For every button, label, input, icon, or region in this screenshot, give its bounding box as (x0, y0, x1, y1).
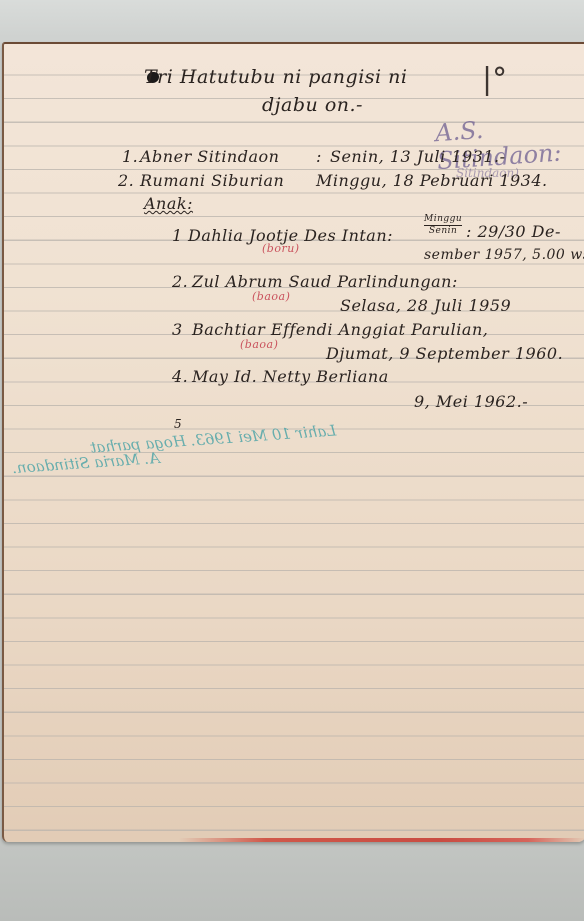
page-title-line1: Tri Hatutubu ni pangisi ni (144, 66, 407, 88)
child-name: Zul Abrum Saud Parlindungan: (192, 272, 458, 291)
child-index: 4. (172, 367, 188, 386)
parent-separator: : (316, 147, 322, 166)
notebook-page: Tri Hatutubu ni pangisi ni djabu on.- |°… (2, 42, 584, 842)
child-birth-date: 9, Mei 1962.- (414, 392, 528, 411)
next-entry-index: 5 (174, 417, 182, 431)
parent-index: 1. (122, 147, 138, 166)
child-index: 2. (172, 272, 188, 291)
child-birth-date-line1: : 29/30 De- (466, 222, 561, 241)
child-name: Bachtiar Effendi Anggiat Parulian, (192, 320, 488, 339)
child-birth-date-line2: sember 1957, 5.00 wsk (424, 247, 584, 263)
day-numerator: Minggu (424, 214, 462, 226)
child-birth-date: Djumat, 9 September 1960. (326, 344, 563, 363)
child-index: 3 (172, 320, 183, 339)
child-gender-note: (baoa) (252, 290, 290, 303)
parent-birth-date: Minggu, 18 Pebruari 1934. (316, 171, 548, 190)
page-title-line2: djabu on.- (262, 94, 363, 116)
child-gender-note: (boru) (262, 242, 300, 255)
child-birth-day: Minggu Senin (424, 214, 462, 237)
child-index: 1 (172, 226, 183, 245)
child-gender-note: (baoa) (240, 338, 278, 351)
parent-birth-date: Senin, 13 Juli 1931.- (330, 147, 506, 166)
stamp-mark: |° (482, 62, 507, 97)
parent-name: Abner Sitindaon (140, 147, 279, 166)
child-name: May Id. Netty Berliana (192, 367, 389, 386)
parent-index: 2. (118, 171, 134, 190)
day-denominator: Senin (424, 226, 462, 237)
parent-name: Rumani Siburian (140, 171, 284, 190)
child-birth-date: Selasa, 28 Juli 1959 (340, 296, 511, 315)
children-label: Anak: (144, 194, 193, 213)
